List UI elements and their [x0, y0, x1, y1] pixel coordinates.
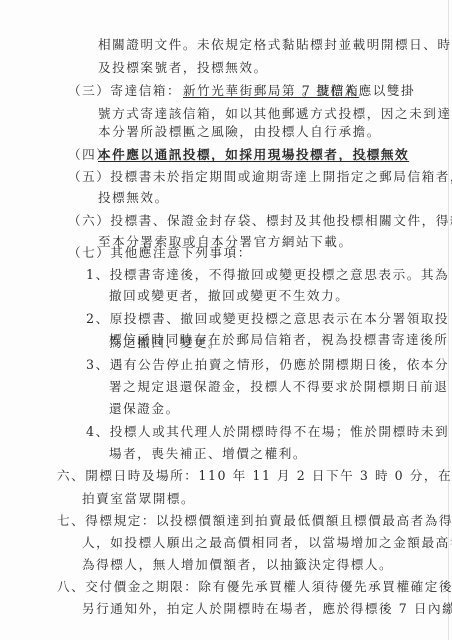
text-line: 署之規定退還保證金，投標人不得要求於開標期日前退 — [109, 379, 448, 395]
text-line: 投標無效。 — [98, 190, 169, 206]
text-line: 七、得標規定：以投標價額達到拍賣最低價額且標價最高者為得標 — [57, 513, 452, 529]
text-line: （六）投標書、保證金封存袋、標封及其他投標相關文件，得親 — [68, 213, 452, 229]
text-line: 1、投標書寄達後，不得撤回或變更投標之意思表示。其為 — [86, 267, 449, 283]
text-line: （七）其他應注意下列事項： — [68, 245, 252, 261]
text-line: 號方式寄達該信箱，如以其他郵遞方式投標，因之未到達 — [98, 106, 452, 122]
text-line: 八、交付價金之期限：除有優先承買權人須待優先承買權確定後， — [57, 579, 452, 595]
text-line: 相關證明文件。未依規定格式黏貼標封並載明開標日、時 — [98, 37, 452, 53]
text-line: 另行通知外，拍定人於開標時在場者，應於得標後 7 日內繳足 — [82, 601, 452, 617]
text-line: 。投標人應以雙掛 — [302, 83, 415, 99]
text-line: 本分署所設標匭之風險，由投標人自行承擔。 — [98, 124, 381, 140]
text-line: 3、遇有公告停止拍賣之情形，仍應於開標期日後，依本分 — [86, 357, 449, 373]
text-line: 為之撤回、變更。 — [109, 335, 222, 351]
document-page: 相關證明文件。未依規定格式黏貼標封並載明開標日、時及投標案號者，投標無效。（三）… — [0, 0, 452, 640]
text-line: 。 — [362, 147, 376, 163]
text-line: （五）投標書未於指定期間或逾期寄達上開指定之郵局信箱者， — [68, 169, 452, 185]
text-line: 4、投標人或其代理人於開標時得不在場；惟於開標時未到 — [86, 424, 449, 440]
text-line: 為得標人，無人增加價額者，以抽籤決定得標人。 — [82, 557, 393, 573]
text-line: 人，如投標人願出之最高價相同者，以當場增加之金額最高者 — [82, 535, 452, 551]
text-line: 六、開標日時及場所：110 年 11 月 2 日下午 3 時 0 分，在本分署 — [57, 468, 452, 484]
text-line: 拍賣室當眾開標。 — [82, 491, 195, 507]
text-line: （三）寄達信箱： — [68, 83, 181, 99]
text-line: 2、原投標書、撤回或變更投標之意思表示在本分署領取投 — [86, 311, 449, 327]
text-line: 場者，喪失補正、增價之權利。 — [109, 446, 307, 462]
text-line: 還保證金。 — [109, 401, 180, 417]
text-line: 撤回或變更者，撤回或變更不生效力。 — [109, 288, 349, 304]
text-line: 及投標案號者，投標無效。 — [98, 60, 268, 76]
